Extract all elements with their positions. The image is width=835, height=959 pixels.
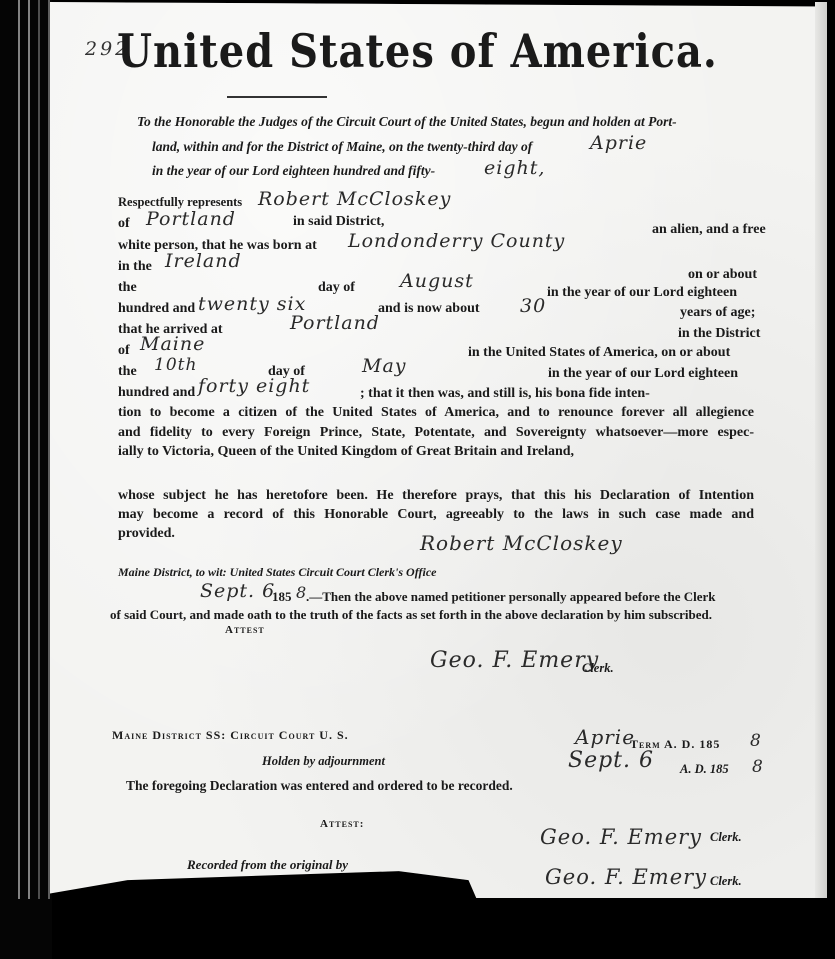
page-edge (815, 2, 827, 898)
the-label-2: the (118, 364, 137, 380)
oath-text-1: .—Then the above named petitioner person… (306, 589, 716, 605)
oath-attest-label: Attest (225, 624, 265, 636)
entered-text: The foregoing Declaration was entered an… (126, 778, 513, 794)
residence: Portland (146, 208, 236, 230)
birth-month: August (400, 270, 474, 292)
in-the-label: in the (118, 259, 152, 275)
ad-label: A. D. 185 (680, 762, 729, 777)
petitioner-signature: Robert McCloskey (420, 531, 623, 555)
hundred-and-1: hundred and (118, 301, 195, 317)
title-rule (227, 96, 327, 98)
arrival-district: Maine (140, 333, 205, 355)
intention-line-4: ially to Victoria, Queen of the United K… (118, 444, 574, 460)
prays-line-2: may become a record of this Honorable Co… (118, 507, 754, 523)
of-label-2: of (118, 343, 130, 359)
country: Ireland (165, 250, 242, 272)
document-title: United States of America. (0, 24, 835, 78)
preamble-line-2: land, within and for the District of Mai… (152, 139, 532, 155)
oath-year-prefix: 185 (272, 589, 292, 605)
handwritten-month: Aprie (590, 132, 647, 154)
court-attest-label: Attest: (320, 818, 364, 830)
arrival-year: forty eight (198, 375, 310, 397)
in-us-label: in the United States of America, on or a… (468, 345, 730, 361)
on-or-about: on or about (688, 267, 757, 283)
binding-stripe (18, 0, 20, 899)
alien-free-label: an alien, and a free (652, 222, 766, 238)
book-binding (0, 0, 52, 959)
binding-stripe (48, 0, 50, 899)
in-the-district: in the District (678, 326, 760, 342)
binding-stripe (28, 0, 30, 899)
term-month: Aprie (575, 725, 635, 749)
in-said-district: in said District, (293, 214, 384, 230)
prays-line-1: whose subject he has heretofore been. He… (118, 488, 754, 504)
intention-line-1: ; that it then was, and still is, his bo… (360, 386, 650, 402)
oath-text-2: of said Court, and made oath to the trut… (110, 607, 712, 623)
preamble-line-1: To the Honorable the Judges of the Circu… (137, 114, 677, 130)
year-lord-2: in the year of our Lord eighteen (548, 366, 738, 382)
arrival-month: May (362, 355, 407, 377)
year-lord-1: in the year of our Lord eighteen (547, 285, 737, 301)
the-label: the (118, 280, 137, 296)
term-year-digit: 8 (750, 731, 762, 751)
arrival-day: 10th (154, 355, 197, 375)
oath-clerk-signature: Geo. F. Emery (430, 648, 599, 673)
holden-label: Holden by adjournment (262, 754, 385, 769)
binding-stripe (38, 0, 40, 899)
arrival-port: Portland (290, 312, 380, 334)
recorder-clerk-label: Clerk. (710, 874, 742, 889)
recorded-by-label: Recorded from the original by (187, 857, 348, 873)
oath-date: Sept. 6 (200, 580, 275, 602)
oath-heading: Maine District, to wit: United States Ci… (118, 565, 436, 580)
intention-line-3: and fidelity to every Foreign Prince, St… (118, 425, 754, 441)
intention-line-2: tion to become a citizen of the United S… (118, 405, 754, 421)
birthplace: Londonderry County (348, 230, 565, 252)
day-of-label: day of (318, 280, 355, 296)
now-about: and is now about (378, 301, 480, 317)
prays-line-3: provided. (118, 526, 175, 542)
recorder-signature: Geo. F. Emery (545, 865, 707, 889)
petitioner-name: Robert McCloskey (258, 188, 451, 210)
preamble-line-3: in the year of our Lord eighteen hundred… (152, 163, 435, 179)
entered-date: Sept. 6 (568, 748, 654, 773)
of-label: of (118, 216, 130, 232)
hundred-and-2: hundred and (118, 385, 195, 401)
court-clerk-signature: Geo. F. Emery (540, 825, 702, 849)
court-heading: Maine District SS: Circuit Court U. S. (112, 728, 349, 743)
age: 30 (520, 295, 546, 317)
court-clerk-label: Clerk. (710, 830, 742, 845)
years-of-age: years of age; (680, 305, 755, 321)
entered-year-digit: 8 (752, 757, 764, 777)
oath-clerk-label: Clerk. (582, 661, 614, 676)
handwritten-year: eight, (484, 157, 545, 179)
